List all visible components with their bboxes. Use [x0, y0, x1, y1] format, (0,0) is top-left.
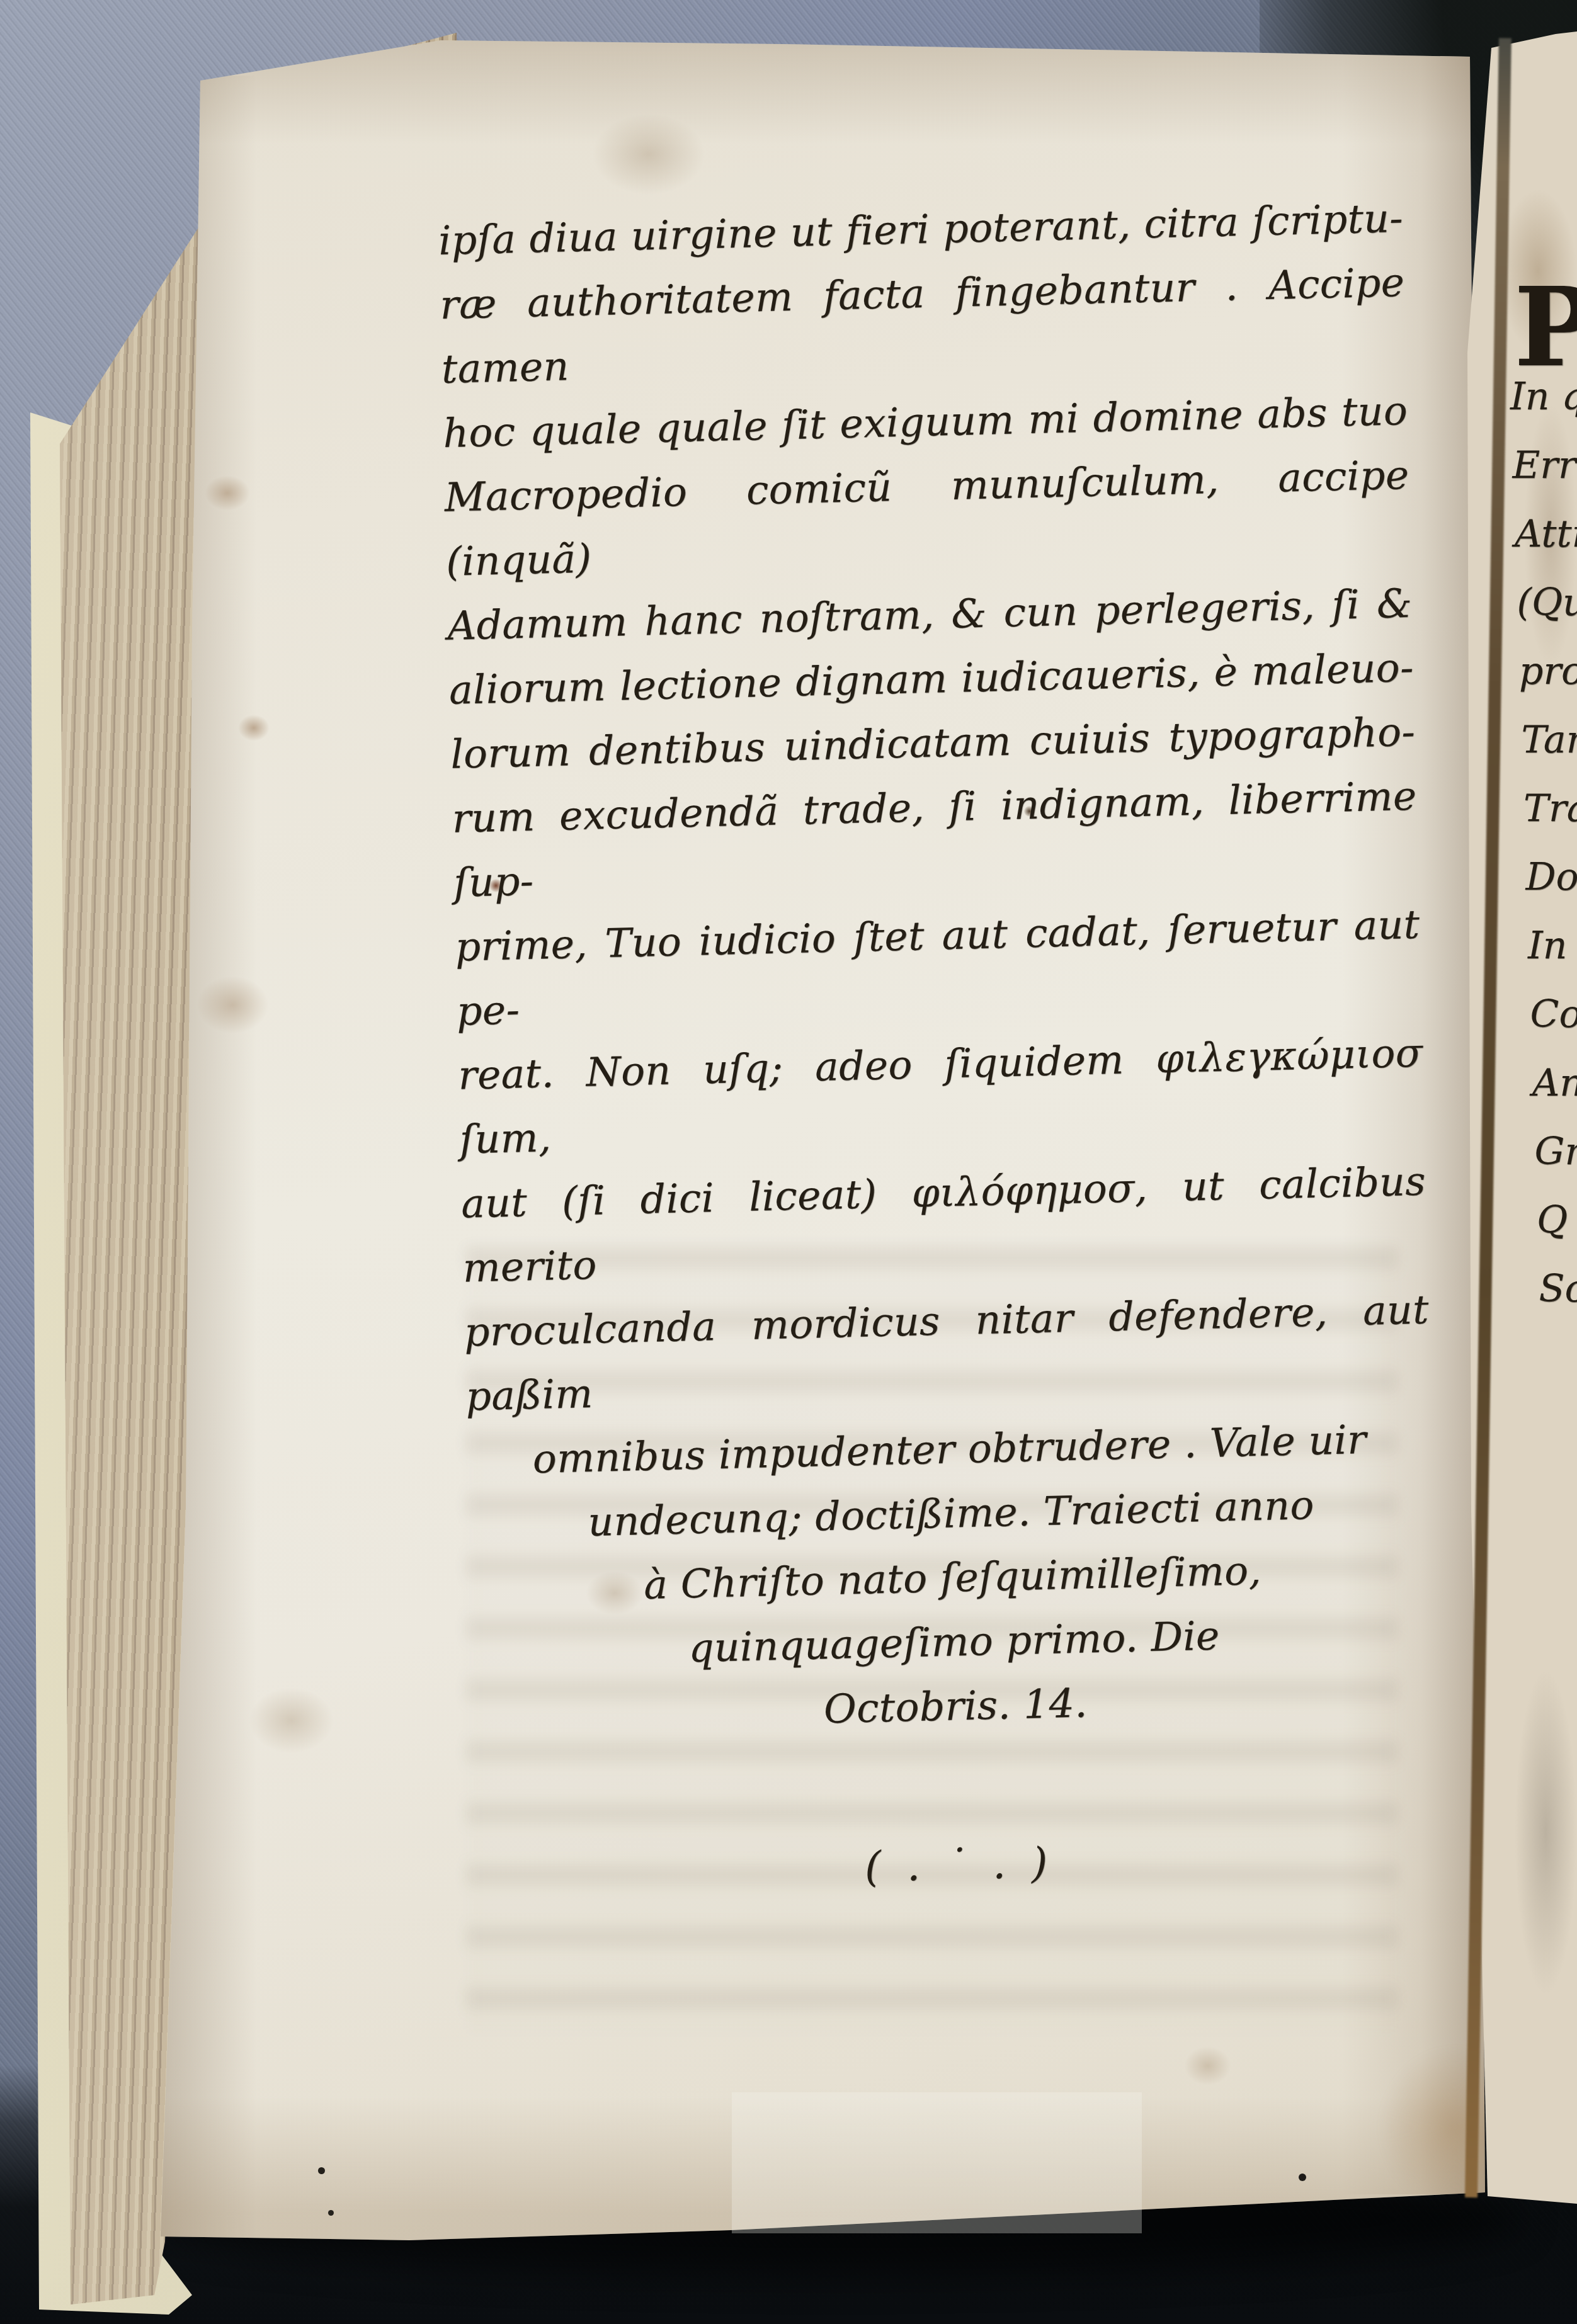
- facing-page-fragment: Tra: [1523, 774, 1577, 843]
- facing-page-fragment: (Qu: [1517, 569, 1577, 637]
- text-line: aut (ſi dici liceat) φιλόφημοσ, ut calci…: [460, 1149, 1428, 1300]
- foxing-spot: [238, 715, 270, 741]
- facing-page-fragment: Erro: [1513, 431, 1577, 500]
- facing-page-fragment: Dol: [1526, 843, 1577, 912]
- text-line: proculcanda mordicus nitar defendere, au…: [464, 1278, 1431, 1429]
- facing-page-text-fragments: In quErroAttr(QupropTantTraDolIn liConAn…: [1510, 363, 1577, 1324]
- foxing-spot: [592, 113, 705, 195]
- ink-speck: [318, 2167, 325, 2174]
- ink-speck: [328, 2210, 334, 2216]
- foxing-spot: [196, 976, 269, 1034]
- foxing-spot: [249, 1687, 334, 1754]
- facing-page-fragment: Tant: [1522, 706, 1577, 774]
- translucent-overlay-rectangle: [732, 2092, 1142, 2233]
- text-line: rum excudendã trade, ſi indignam, liberr…: [452, 764, 1419, 915]
- ink-speck: [1299, 2174, 1306, 2181]
- text-block: ipſa diua uirgine ut fieri poterant, cit…: [438, 186, 1442, 1908]
- text-line: prime, Tuo iudicio ſtet aut cadat, ſerue…: [454, 893, 1421, 1044]
- facing-page-fragment: prop: [1519, 637, 1577, 706]
- foxing-spot: [1184, 2046, 1231, 2085]
- foxing-spot: [205, 475, 250, 511]
- facing-page-fragment: Attr: [1515, 500, 1577, 569]
- text-line: ræ authoritatem facta fingebantur . Acci…: [439, 251, 1406, 402]
- facing-page-fragment: So: [1539, 1255, 1577, 1324]
- facing-page-fragment: In li: [1528, 912, 1577, 980]
- facing-page-fragment: Q: [1537, 1186, 1577, 1255]
- facing-page-fragment: Con: [1530, 980, 1577, 1049]
- photo-of-open-book: ipſa diua uirgine ut fieri poterant, cit…: [0, 0, 1577, 2324]
- facing-page-fragment: An: [1532, 1049, 1577, 1118]
- facing-page-fragment: Gn: [1535, 1118, 1577, 1186]
- book-page-verso: ipſa diua uirgine ut fieri poterant, cit…: [0, 0, 1577, 2324]
- text-line: reat. Non uſq; adeo ſiquidem φιλεγκώμιοσ…: [457, 1021, 1425, 1172]
- facing-page-fragment: In qu: [1510, 363, 1577, 431]
- facing-page-stain: [1515, 1669, 1577, 1996]
- text-line: Macropedio comicũ munuſculum, accipe (in…: [444, 443, 1411, 594]
